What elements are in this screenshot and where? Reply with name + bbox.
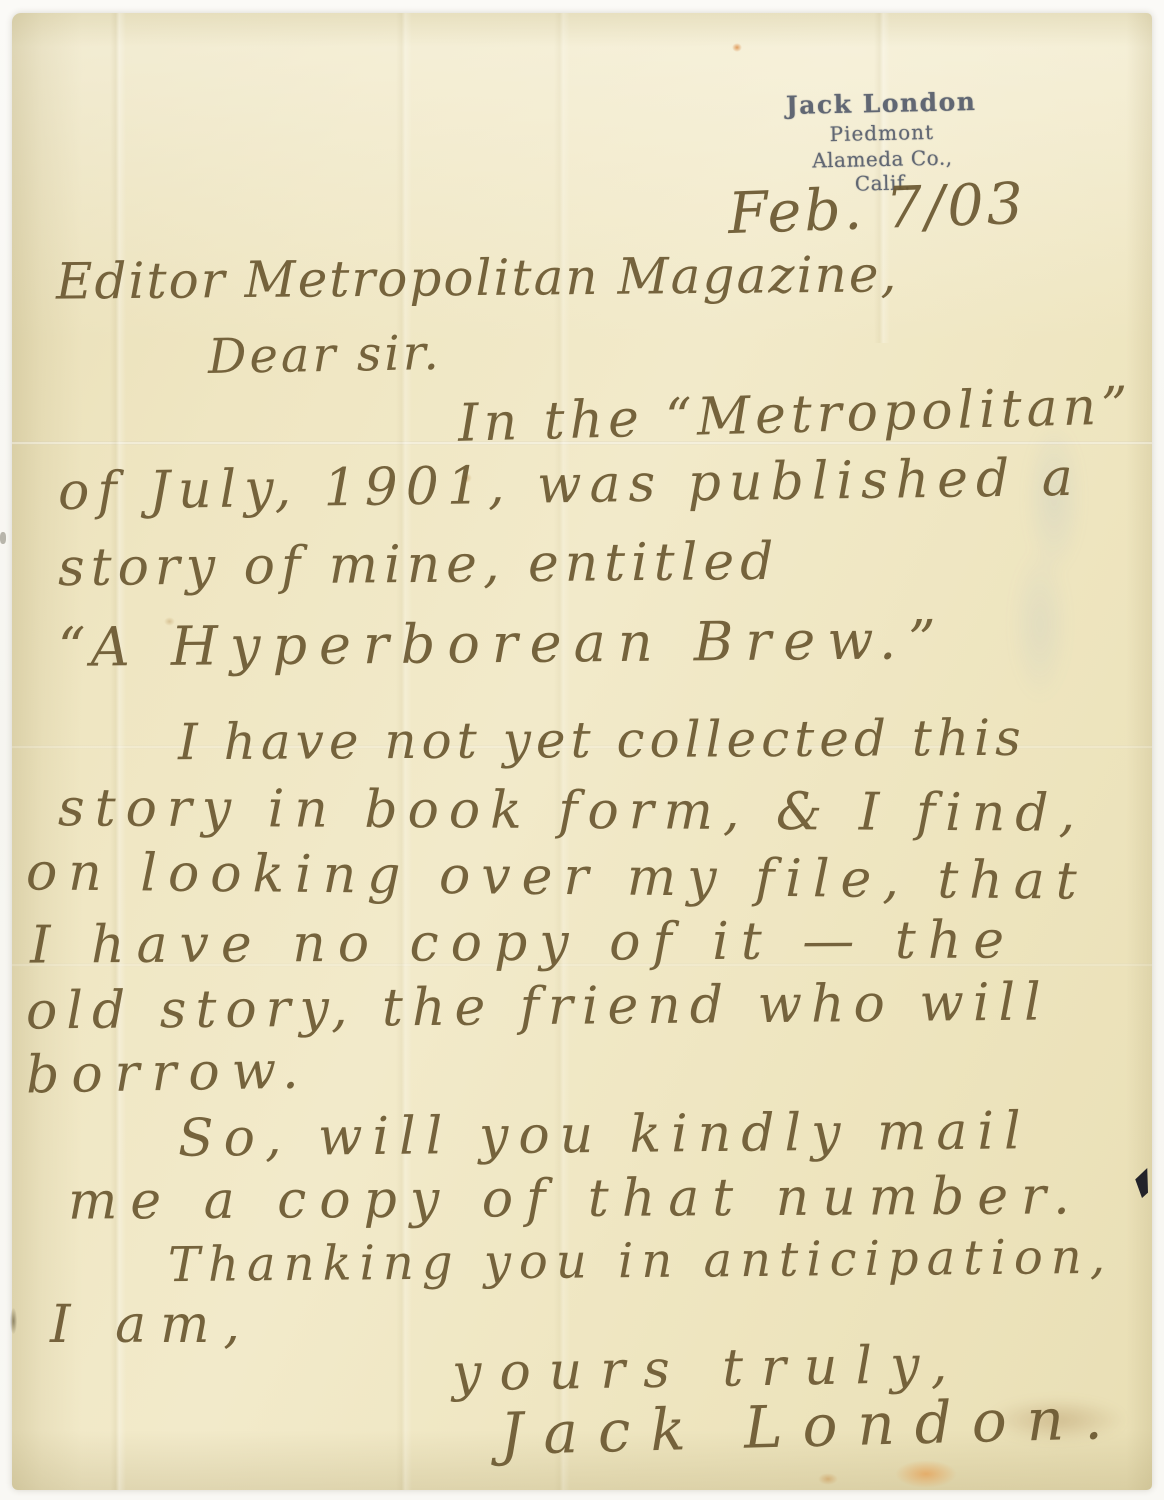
- letter-page: Jack London Piedmont Alameda Co., Calif.…: [12, 13, 1152, 1490]
- letter-line-2: Dear sir.: [208, 329, 442, 381]
- letter-line-11: old story, the friend who will: [26, 977, 1050, 1038]
- letter-line-16: I am,: [50, 1299, 254, 1351]
- letter-line-6: “A Hyperborean Brew.”: [58, 613, 948, 675]
- stain-spot: [732, 43, 742, 52]
- letter-line-14: me a copy of that number.: [68, 1170, 1083, 1227]
- letter-line-1: Editor Metropolitan Magazine,: [56, 249, 899, 306]
- letter-line-10: I have no copy of it — the: [30, 914, 1016, 971]
- stain-spot: [818, 1473, 838, 1485]
- paper-streak: [110, 13, 126, 1490]
- stain-spot: [895, 1460, 957, 1488]
- letter-line-4: of July, 1901, was published a: [58, 452, 1081, 518]
- stamp-city: Piedmont: [782, 119, 982, 147]
- letter-line-15: Thanking you in anticipation,: [168, 1233, 1113, 1289]
- edge-nick: [0, 532, 6, 544]
- stamp-name: Jack London: [781, 87, 982, 120]
- letter-line-8: story in book form, & I find,: [58, 782, 1085, 839]
- letter-line-5: story of mine, entitled: [58, 536, 780, 594]
- letter-line-9: on looking over my file, that: [26, 846, 1088, 907]
- letter-line-13: So, will you kindly mail: [178, 1105, 1031, 1164]
- signature: Jack London.: [499, 1389, 1123, 1463]
- scan-background: Jack London Piedmont Alameda Co., Calif.…: [0, 0, 1164, 1500]
- edge-nick: [10, 1308, 17, 1334]
- letter-line-12: borrow.: [26, 1045, 311, 1102]
- letter-line-7: I have not yet collected this: [178, 713, 1026, 767]
- letter-date: Feb. 7/03: [727, 176, 1027, 243]
